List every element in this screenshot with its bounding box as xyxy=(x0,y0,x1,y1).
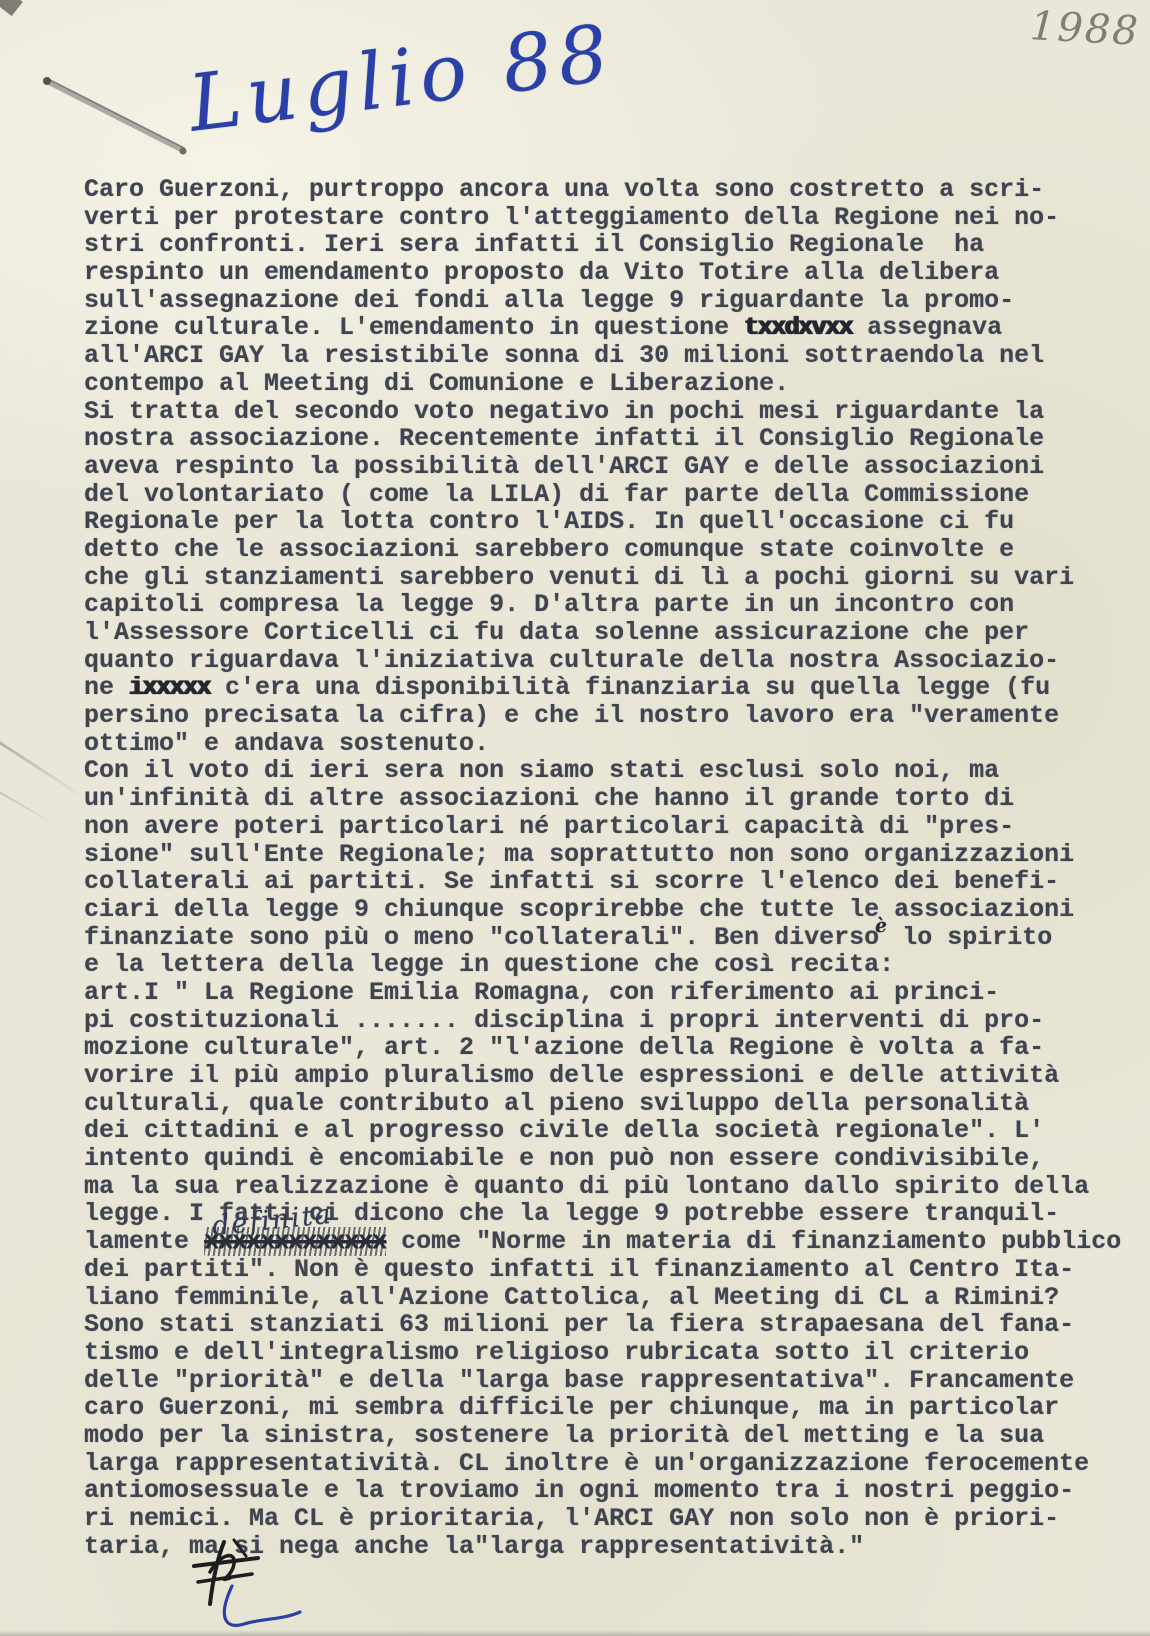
letter-line: Si tratta del secondo voto negativo in p… xyxy=(84,398,1134,426)
paper-corner-mark xyxy=(0,0,23,16)
letter-line: capitoli compresa la legge 9. D'altra pa… xyxy=(84,591,1134,619)
letter-line: e la lettera della legge in questione ch… xyxy=(84,951,1134,979)
paper-crease xyxy=(0,789,56,826)
letter-line: dei partiti". Non è questo infatti il fi… xyxy=(84,1256,1134,1284)
letter-line: ottimo" e andava sostenuto. xyxy=(84,730,1134,758)
line-text: zione culturale. L'emendamento in questi… xyxy=(84,313,744,342)
letter-line: liano femminile, all'Azione Cattolica, a… xyxy=(84,1284,1134,1312)
letter-line: quanto riguardava l'iniziativa culturale… xyxy=(84,647,1134,675)
handwritten-insertion: è xyxy=(874,912,888,940)
line-text: lamente xyxy=(84,1227,204,1256)
letter-line: l'Assessore Corticelli ci fu data solenn… xyxy=(84,619,1134,647)
letter-line: aveva respinto la possibilità dell'ARCI … xyxy=(84,453,1134,481)
letter-line: nostra associazione. Recentemente infatt… xyxy=(84,425,1134,453)
overtyped-strikeout: txxdxvxx xyxy=(744,313,852,342)
line-text: ne xyxy=(84,673,129,702)
letter-body: Caro Guerzoni, purtroppo ancora una volt… xyxy=(84,176,1134,1560)
letter-line: sull'assegnazione dei fondi alla legge 9… xyxy=(84,287,1134,315)
letter-line: tismo e dell'integralismo religioso rubr… xyxy=(84,1339,1134,1367)
letter-line: ri nemici. Ma CL è prioritaria, l'ARCI G… xyxy=(84,1505,1134,1533)
staple-icon xyxy=(34,66,204,166)
line-text: c'era una disponibilità finanziaria su q… xyxy=(210,673,1050,702)
pencil-year-note: 1988 xyxy=(1029,3,1141,55)
letter-line: finanziate sono più o meno "collaterali"… xyxy=(84,924,1134,952)
letter-line: detto che le associazioni sarebbero comu… xyxy=(84,536,1134,564)
line-text: assegnava xyxy=(852,313,1002,342)
letter-line: Caro Guerzoni, purtroppo ancora una volt… xyxy=(84,176,1134,204)
letter-line: che gli stanziamenti sarebbero venuti di… xyxy=(84,564,1134,592)
letter-line: un'infinità di altre associazioni che ha… xyxy=(84,785,1134,813)
letter-line: modo per la sinistra, sostenere la prior… xyxy=(84,1422,1134,1450)
letter-line: collaterali ai partiti. Se infatti si sc… xyxy=(84,868,1134,896)
paper-crease xyxy=(0,738,88,800)
handwritten-date: Luglio 88 xyxy=(184,8,619,149)
overtyped-strikeout: ixxxxx xyxy=(129,673,210,702)
letter-line: persino precisata la cifra) e che il nos… xyxy=(84,702,1134,730)
letter-line: Con il voto di ieri sera non siamo stati… xyxy=(84,757,1134,785)
letter-line: stri confronti. Ieri sera infatti il Con… xyxy=(84,231,1134,259)
letter-line: contempo al Meeting di Comunione e Liber… xyxy=(84,370,1134,398)
line-text: lo spirito xyxy=(887,923,1052,952)
letter-page: Luglio 88 1988 Caro Guerzoni, purtroppo … xyxy=(0,0,1150,1636)
letter-line: vorire il più ampio pluralismo delle esp… xyxy=(84,1062,1134,1090)
letter-line: ma la sua realizzazione è quanto di più … xyxy=(84,1173,1134,1201)
letter-line: Sono stati stanziati 63 milioni per la f… xyxy=(84,1311,1134,1339)
line-text: finanziate sono più o meno "collaterali"… xyxy=(84,923,879,952)
letter-line: antiomosessuale e la troviamo in ogni mo… xyxy=(84,1477,1134,1505)
letter-line: caro Guerzoni, mi sembra difficile per c… xyxy=(84,1394,1134,1422)
letter-line: respinto un emendamento proposto da Vito… xyxy=(84,259,1134,287)
letter-line: mozione culturale", art. 2 "l'azione del… xyxy=(84,1034,1134,1062)
letter-line: art.I " La Regione Emilia Romagna, con r… xyxy=(84,979,1134,1007)
letter-line: sione" sull'Ente Regionale; ma soprattut… xyxy=(84,841,1134,869)
letter-line: zione culturale. L'emendamento in questi… xyxy=(84,314,1134,342)
letter-line: intento quindi è encomiabile e non può n… xyxy=(84,1145,1134,1173)
letter-line: all'ARCI GAY la resistibile sonna di 30 … xyxy=(84,342,1134,370)
letter-line: pi costituzionali ....... disciplina i p… xyxy=(84,1007,1134,1035)
letter-line: delle "priorità" e della "larga base rap… xyxy=(84,1367,1134,1395)
letter-line: verti per protestare contro l'atteggiame… xyxy=(84,204,1134,232)
letter-line: larga rappresentatività. CL inoltre è un… xyxy=(84,1450,1134,1478)
letter-line: ne ixxxxx c'era una disponibilità finanz… xyxy=(84,674,1134,702)
letter-line: culturali, quale contributo al pieno svi… xyxy=(84,1090,1134,1118)
line-text: come "Norme in materia di finanziamento … xyxy=(386,1227,1121,1256)
letter-line: lamente xxxxxxxxxxxxx come "Norme in mat… xyxy=(84,1228,1134,1256)
letter-line: non avere poteri particolari né particol… xyxy=(84,813,1134,841)
signature-scribble xyxy=(172,1532,362,1636)
letter-line: dei cittadini e al progresso civile dell… xyxy=(84,1117,1134,1145)
letter-line: Regionale per la lotta contro l'AIDS. In… xyxy=(84,508,1134,536)
letter-line: ciari della legge 9 chiunque scoprirebbe… xyxy=(84,896,1134,924)
letter-line: del volontariato ( come la LILA) di far … xyxy=(84,481,1134,509)
